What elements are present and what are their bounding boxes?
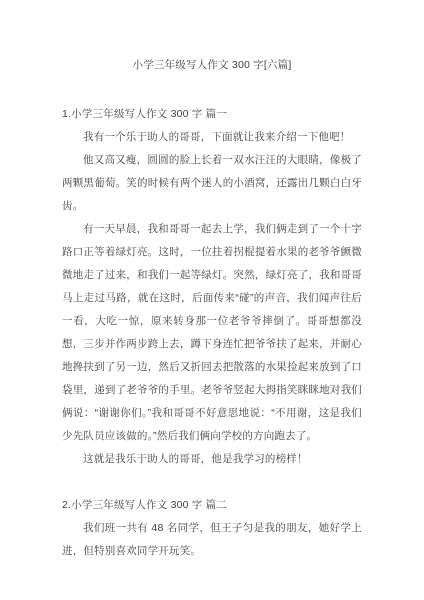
section-1-paragraph-3: 有一天早晨，我和哥哥一起去上学，我们俩走到了一个十字路口正等着绿灯亮。这时，一位…: [62, 218, 362, 448]
document-title: 小学三年级写人作文 300 字[六篇]: [62, 54, 362, 77]
section-1-paragraph-2: 他又高又瘦，圆圆的脸上长着一双水汪汪的大眼睛，像极了两颗黑葡萄。笑的时候有两个迷…: [62, 149, 362, 218]
section-2-heading: 2.小学三年级写人作文 300 字 篇二: [62, 494, 362, 517]
section-1-paragraph-4: 这就是我乐于助人的哥哥，他是我学习的榜样！: [62, 448, 362, 471]
essay-section-2: 2.小学三年级写人作文 300 字 篇二 我们班一共有 48 名同学，但王子匀是…: [62, 494, 362, 563]
section-2-paragraph-1: 我们班一共有 48 名同学，但王子匀是我的朋友，她好学上进，但特别喜欢同学开玩笑…: [62, 517, 362, 563]
document-page: 小学三年级写人作文 300 字[六篇] 1.小学三年级写人作文 300 字 篇一…: [0, 0, 424, 600]
section-1-paragraph-1: 我有一个乐于助人的哥哥，下面就让我来介绍一下他吧！: [62, 126, 362, 149]
section-1-heading: 1.小学三年级写人作文 300 字 篇一: [62, 103, 362, 126]
essay-section-1: 1.小学三年级写人作文 300 字 篇一 我有一个乐于助人的哥哥，下面就让我来介…: [62, 103, 362, 471]
